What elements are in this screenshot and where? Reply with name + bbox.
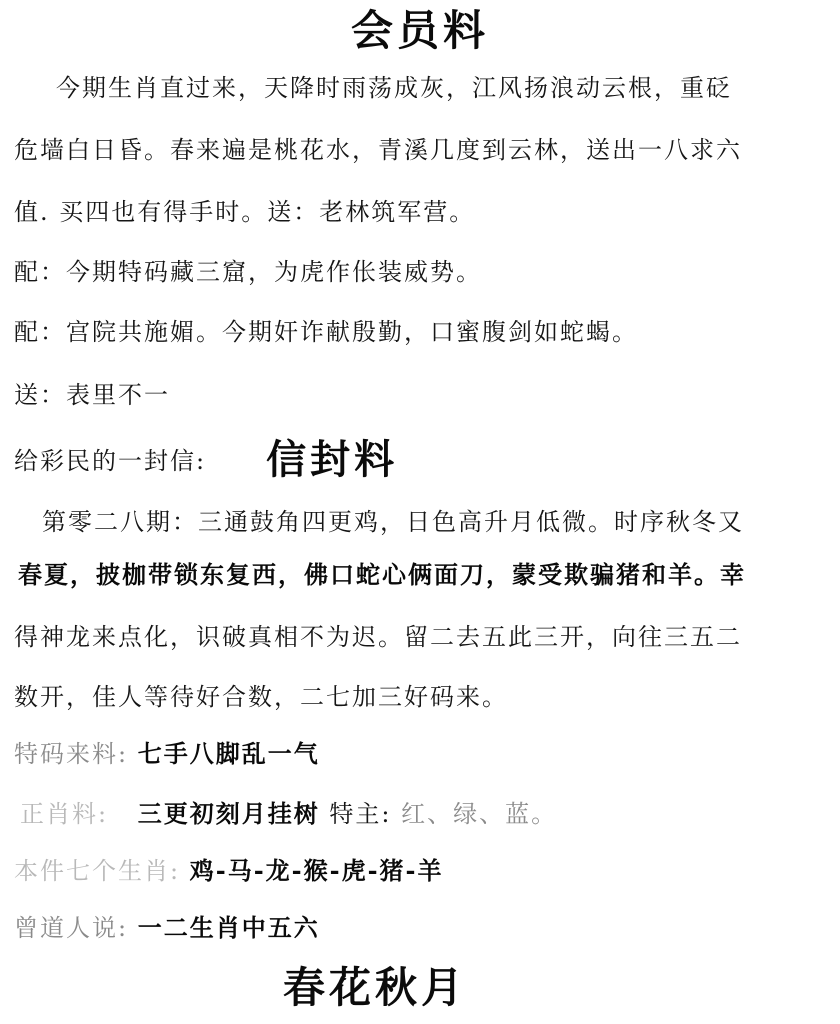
envelope-line-3: 得神龙来点化，识破真相不为迟。留二去五此三开，向往三五二 [14, 617, 742, 652]
member-line-6: 送：表里不一 [14, 375, 170, 410]
item-extra-label: 特主: [329, 800, 391, 828]
item-label: 本件七个生肖: [14, 857, 180, 885]
member-line-1: 今期生肖直过来，天降时雨荡成灰，江风扬浪动云根，重砭 [56, 68, 732, 103]
member-line-5: 配：宫院共施媚。今期奸诈献殷勤，口蜜腹剑如蛇蝎。 [14, 312, 638, 347]
item-label: 正肖料: [20, 800, 108, 828]
envelope-section-title: 信封料 [266, 436, 398, 483]
envelope-line-2: 春夏，披枷带锁东复西，佛口蛇心俩面刀，蒙受欺骗猪和羊。幸 [18, 555, 746, 590]
member-section-title: 会员料 [0, 0, 840, 58]
envelope-header: 给彩民的一封信:信封料 [14, 428, 398, 485]
item-value: 鸡-马-龙-猴-虎-猪-羊 [190, 856, 444, 885]
item-value: 七手八脚乱一气 [138, 739, 320, 768]
member-line-2: 危墙白日昏。春来遍是桃花水，青溪几度到云林，送出一八求六 [14, 130, 742, 165]
item-label: 特码来料: [14, 740, 128, 768]
member-line-3: 值. 买四也有得手时。送：老林筑军营。 [14, 192, 475, 227]
item-value: 一二生肖中五六 [138, 913, 320, 942]
item-extra-value: 红、绿、蓝。 [401, 800, 557, 828]
item-zeng-says: 曾道人说: 一二生肖中五六 [14, 908, 320, 943]
item-value: 三更初刻月挂树 [138, 799, 320, 828]
member-line-4: 配：今期特码藏三窟，为虎作伥装威势。 [14, 252, 482, 287]
envelope-line-1: 第零二八期：三通鼓角四更鸡，日色高升月低微。时序秋冬又 [42, 502, 744, 537]
item-special-code: 特码来料: 七手八脚乱一气 [14, 734, 320, 769]
item-seven-zodiacs: 本件七个生肖: 鸡-马-龙-猴-虎-猪-羊 [14, 851, 444, 886]
envelope-line-4: 数开，佳人等待好合数，二七加三好码来。 [14, 677, 508, 712]
spring-section-title: 春花秋月 [0, 955, 795, 1015]
item-zodiac-material: 正肖料: 三更初刻月挂树 特主: 红、绿、蓝。 [20, 794, 557, 829]
envelope-label: 给彩民的一封信: [14, 447, 206, 475]
item-label: 曾道人说: [14, 914, 128, 942]
